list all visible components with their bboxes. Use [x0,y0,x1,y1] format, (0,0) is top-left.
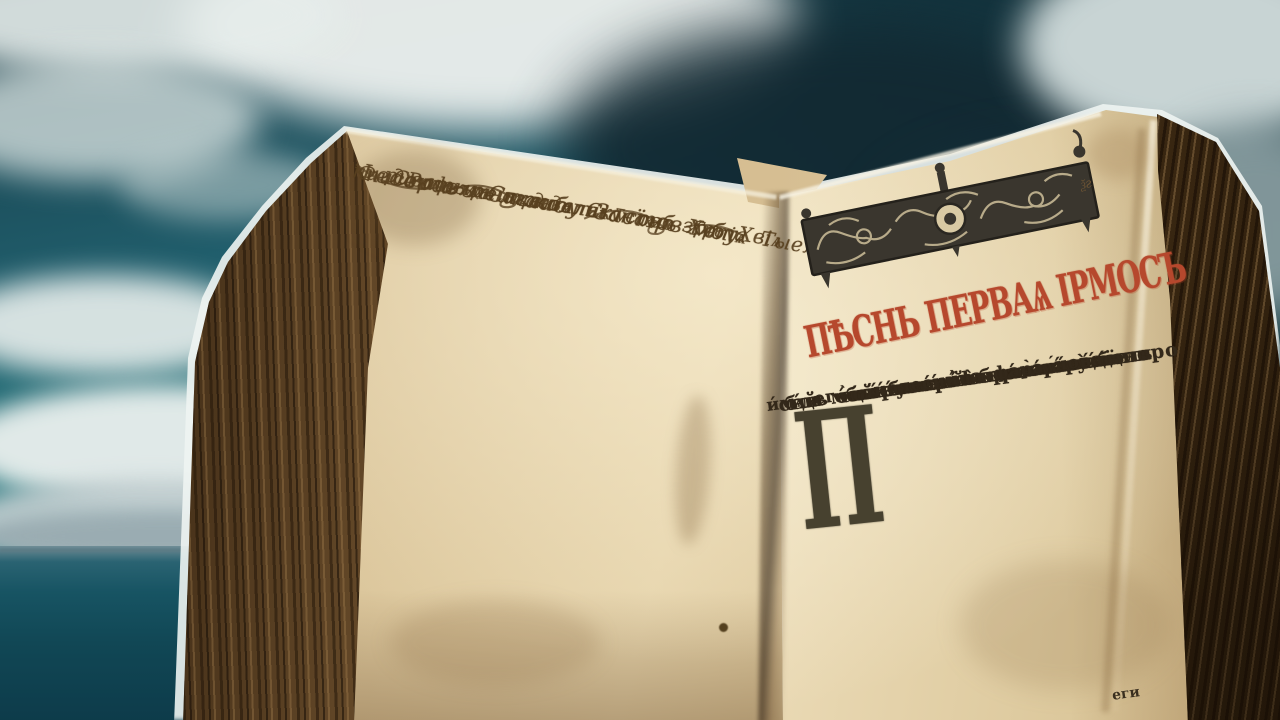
ink-dot [719,623,728,632]
margin-mark: ѯг [1078,175,1093,193]
stain-right-page-bottom [960,560,1170,690]
scene: Раѱ: многждаль ѿ себ Хрта Тыема риватырь… [0,0,1280,720]
stain-left-page-bottom [390,600,600,685]
stain-right-page-corner [1086,128,1148,180]
